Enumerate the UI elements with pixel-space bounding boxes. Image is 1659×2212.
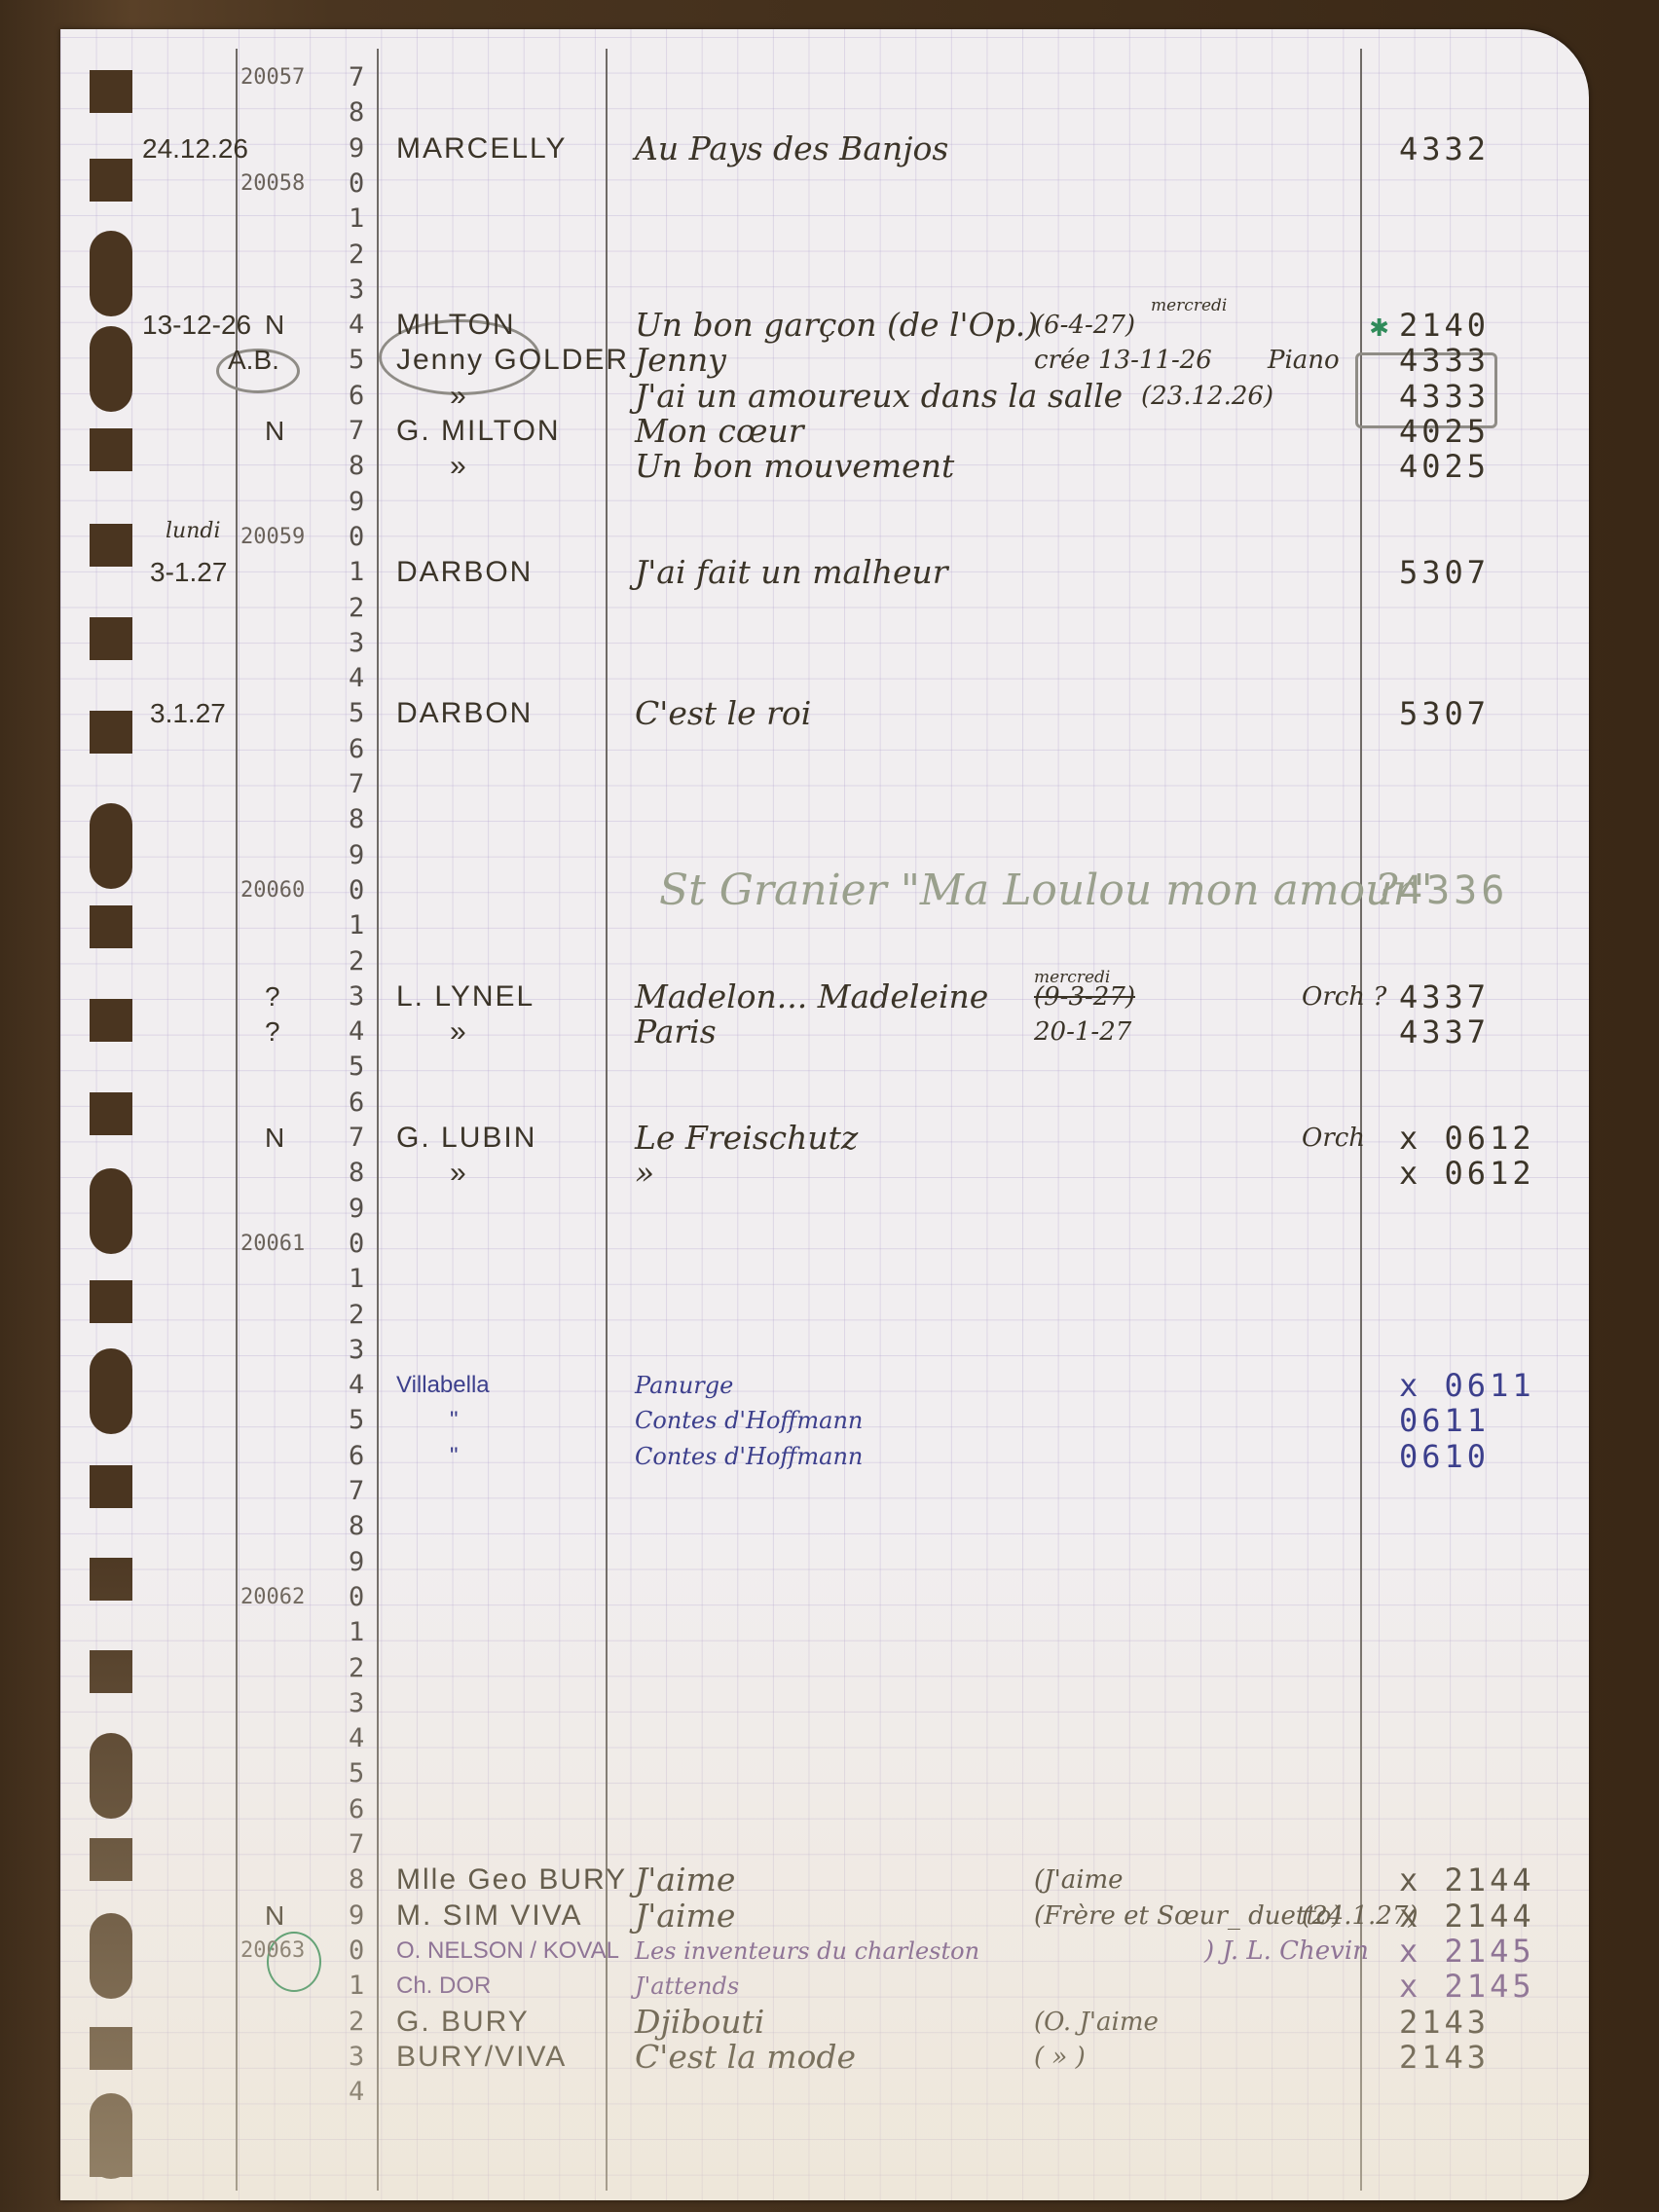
- ledger-row: 924.12.26MARCELLYAu Pays des Banjos4332: [60, 131, 1589, 166]
- catalog-number: 0611: [1399, 1403, 1490, 1438]
- ledger-row: 6: [60, 1792, 1589, 1827]
- row-digit: 5: [349, 1403, 365, 1438]
- row-digit: 8: [349, 802, 365, 837]
- artist-name: G. MILTON: [396, 414, 561, 449]
- ledger-row: 3: [60, 1333, 1589, 1368]
- ledger-row: 413-12-26NMILTONUn bon garçon (de l'Op.)…: [60, 308, 1589, 343]
- ledger-row: 5"Contes d'Hoffmann0611: [60, 1403, 1589, 1438]
- catalog-number: x 2145: [1399, 1934, 1535, 1969]
- song-title: J'aime: [635, 1899, 735, 1934]
- artist-name: »: [450, 379, 468, 414]
- entry-mark: ?: [265, 1014, 280, 1050]
- ledger-row: 4: [60, 661, 1589, 696]
- ledger-row: 6: [60, 1086, 1589, 1121]
- ledger-row: 3: [60, 1686, 1589, 1721]
- ledger-row: 3BURY/VIVAC'est la mode( » )2143: [60, 2040, 1589, 2075]
- artist-name: Villabella: [396, 1368, 490, 1403]
- ledger-row: 1: [60, 1615, 1589, 1650]
- row-digit: 3: [349, 2040, 365, 2075]
- row-digit: 2: [349, 944, 365, 979]
- ledger-row: 5A.B.Jenny GOLDERJennycrée 13-11-26Piano…: [60, 343, 1589, 378]
- side-note: crée 13-11-26: [1034, 343, 1212, 378]
- song-title: Contes d'Hoffmann: [635, 1439, 863, 1474]
- song-title: Contes d'Hoffmann: [635, 1403, 863, 1438]
- row-digit: 2: [349, 591, 365, 626]
- catalog-number: x 0612: [1399, 1121, 1535, 1156]
- entry-date: 13-12-26: [142, 308, 251, 343]
- artist-name: »: [450, 1014, 468, 1050]
- ledger-row: 8: [60, 1509, 1589, 1544]
- entry-date: 3-1.27: [150, 555, 227, 590]
- row-digit: 4: [349, 661, 365, 696]
- row-digit: 8: [349, 1862, 365, 1898]
- song-title: Panurge: [635, 1368, 733, 1403]
- ledger-row: 5: [60, 1756, 1589, 1791]
- row-digit: 7: [349, 767, 365, 802]
- row-digit: 9: [349, 1545, 365, 1580]
- row-digit: 0: [349, 166, 365, 202]
- ledger-row: 8: [60, 95, 1589, 130]
- row-digit: 0: [349, 520, 365, 555]
- catalog-number: 2143: [1399, 2005, 1490, 2040]
- entry-mark: ?: [265, 979, 280, 1014]
- ledger-row: 6»J'ai un amoureux dans la salle(23.12.2…: [60, 379, 1589, 414]
- ledger-row: 200580: [60, 166, 1589, 202]
- row-digit: 6: [349, 379, 365, 414]
- ledger-row: 200590lundi: [60, 520, 1589, 555]
- row-digit: 8: [349, 95, 365, 130]
- ledger-row: 2: [60, 238, 1589, 273]
- row-digit: 1: [349, 908, 365, 943]
- row-digit: 3: [349, 1333, 365, 1368]
- ledger-row: 8: [60, 802, 1589, 837]
- artist-name: MARCELLY: [396, 131, 568, 166]
- row-digit: 5: [349, 343, 365, 378]
- ledger-row: 53.1.27DARBONC'est le roi5307: [60, 696, 1589, 731]
- ledger-row: 1: [60, 1262, 1589, 1297]
- row-digit: 4: [349, 1368, 365, 1403]
- registry-number: 20060: [240, 873, 305, 908]
- row-digit: 3: [349, 273, 365, 308]
- weekday-annotation: mercredi: [1151, 288, 1227, 323]
- ledger-row: 9: [60, 485, 1589, 520]
- entry-date: 24.12.26: [142, 131, 248, 166]
- song-title: J'attends: [635, 1969, 739, 2004]
- ledger-row: 7: [60, 1827, 1589, 1862]
- artist-name: »: [450, 1156, 468, 1191]
- row-digit: 3: [349, 626, 365, 661]
- side-note: (6-4-27): [1034, 308, 1135, 343]
- right-note: Orch: [1302, 1121, 1365, 1156]
- catalog-number: x 2145: [1399, 1969, 1535, 2004]
- artist-name: MILTON: [396, 308, 516, 343]
- artist-name: Mlle Geo BURY: [396, 1862, 627, 1898]
- catalog-number: x 0612: [1399, 1156, 1535, 1191]
- row-digit: 0: [349, 1227, 365, 1262]
- row-digit: 2: [349, 2005, 365, 2040]
- song-title: J'aime: [635, 1862, 735, 1898]
- catalog-number: 2140: [1399, 308, 1490, 343]
- song-title: Un bon garçon (de l'Op.): [635, 308, 1038, 343]
- ledger-row: 8»»x 0612: [60, 1156, 1589, 1191]
- row-digit: 6: [349, 732, 365, 767]
- right-note: Orch ?: [1302, 979, 1386, 1014]
- catalog-number: 4333: [1399, 379, 1490, 414]
- ledger-row: 4?»Paris20-1-274337: [60, 1014, 1589, 1050]
- ledger-row: 9NM. SIM VIVAJ'aime(Frère et Sœur_ duett…: [60, 1899, 1589, 1934]
- ledger-row: 5: [60, 1050, 1589, 1085]
- artist-name: Ch. DOR: [396, 1969, 491, 2004]
- ledger-row: 6: [60, 732, 1589, 767]
- ledger-row: 4: [60, 1721, 1589, 1756]
- registry-number: 20061: [240, 1227, 305, 1262]
- weekday-note: lundi: [166, 514, 221, 549]
- ledger-row: 1: [60, 908, 1589, 943]
- row-digit: 4: [349, 1014, 365, 1050]
- ledger-row: 9: [60, 1192, 1589, 1227]
- ledger-row: 200610: [60, 1227, 1589, 1262]
- row-digit: 9: [349, 1192, 365, 1227]
- row-digit: 5: [349, 1050, 365, 1085]
- ledger-row: 200600St Granier "Ma Loulou mon amour"?4…: [60, 873, 1589, 908]
- row-digit: 3: [349, 1686, 365, 1721]
- ledger-row: 7NG. MILTONMon cœur4025: [60, 414, 1589, 449]
- row-digit: 7: [349, 1121, 365, 1156]
- song-title: C'est la mode: [635, 2040, 856, 2075]
- ledger-row: 1: [60, 202, 1589, 237]
- row-digit: 7: [349, 1474, 365, 1509]
- row-digit: 5: [349, 696, 365, 731]
- entry-mark: N: [265, 414, 284, 449]
- row-digit: 9: [349, 1899, 365, 1934]
- ledger-row: 3: [60, 273, 1589, 308]
- green-check-mark: ✱: [1370, 308, 1392, 343]
- registry-number: 20057: [240, 60, 305, 95]
- catalog-number: 4337: [1399, 979, 1490, 1014]
- song-title: Jenny: [635, 343, 726, 378]
- side-note: (9-3-27): [1034, 979, 1135, 1014]
- song-title: Paris: [635, 1014, 717, 1050]
- ledger-row: 2: [60, 1298, 1589, 1333]
- song-title: St Granier "Ma Loulou mon amour": [659, 873, 1433, 908]
- row-digit: 1: [349, 1615, 365, 1650]
- side-note: 20-1-27: [1034, 1014, 1131, 1050]
- artist-name: DARBON: [396, 555, 533, 590]
- row-digit: 6: [349, 1439, 365, 1474]
- row-digit: 5: [349, 1756, 365, 1791]
- ledger-row: 1Ch. DORJ'attendsx 2145: [60, 1969, 1589, 2004]
- row-digit: 6: [349, 1792, 365, 1827]
- ledger-row: 2: [60, 1651, 1589, 1686]
- song-title: J'ai fait un malheur: [635, 555, 948, 590]
- row-digit: 0: [349, 1934, 365, 1969]
- song-title: Un bon mouvement: [635, 449, 954, 484]
- row-digit: 7: [349, 60, 365, 95]
- artist-name: L. LYNEL: [396, 979, 535, 1014]
- catalog-number: 5307: [1399, 555, 1490, 590]
- registry-number: 20063: [240, 1934, 305, 1969]
- song-title: Le Freischutz: [635, 1121, 858, 1156]
- ledger-row: 2G. BURYDjibouti(O. J'aime2143: [60, 2005, 1589, 2040]
- row-digit: 8: [349, 1509, 365, 1544]
- catalog-number: 0610: [1399, 1439, 1490, 1474]
- row-digit: 2: [349, 238, 365, 273]
- artist-name: ": [450, 1439, 459, 1474]
- row-digit: 1: [349, 1262, 365, 1297]
- ledger-row: 8»Un bon mouvement4025: [60, 449, 1589, 484]
- binder-hole: [90, 2134, 132, 2177]
- artist-name: Jenny GOLDER: [396, 343, 629, 378]
- ledger-row: 200577: [60, 60, 1589, 95]
- row-digit: 8: [349, 449, 365, 484]
- registry-number: 20062: [240, 1580, 305, 1615]
- row-digit: 2: [349, 1651, 365, 1686]
- catalog-number: 4333: [1399, 343, 1490, 378]
- catalog-number: 4332: [1399, 131, 1490, 166]
- ledger-row: 9: [60, 1545, 1589, 1580]
- ledger-row: 4: [60, 2075, 1589, 2110]
- ledger-row: 2: [60, 591, 1589, 626]
- registry-number: 20058: [240, 166, 305, 202]
- ledger-page: 2005778924.12.26MARCELLYAu Pays des Banj…: [60, 29, 1589, 2200]
- side-note: ?: [1375, 873, 1398, 908]
- song-title: J'ai un amoureux dans la salle: [635, 379, 1123, 414]
- artist-name: G. LUBIN: [396, 1121, 536, 1156]
- row-digit: 7: [349, 1827, 365, 1862]
- row-digit: 8: [349, 1156, 365, 1191]
- artist-name: DARBON: [396, 696, 533, 731]
- ledger-row: 200630O. NELSON / KOVALLes inventeurs du…: [60, 1934, 1589, 1969]
- artist-name: BURY/VIVA: [396, 2040, 567, 2075]
- ledger-row: 8Mlle Geo BURYJ'aime(J'aimex 2144: [60, 1862, 1589, 1898]
- artist-name: O. NELSON / KOVAL: [396, 1934, 619, 1969]
- ledger-row: 3: [60, 626, 1589, 661]
- ledger-row: 200620: [60, 1580, 1589, 1615]
- catalog-number: x 2144: [1399, 1862, 1535, 1898]
- catalog-number: 4025: [1399, 414, 1490, 449]
- right-note: ) J. L. Chevin: [1204, 1934, 1369, 1969]
- song-title: Au Pays des Banjos: [635, 131, 948, 166]
- ledger-row: 3?L. LYNELMadelon... Madeleinemercredi(9…: [60, 979, 1589, 1014]
- side-note: (O. J'aime: [1034, 2005, 1159, 2040]
- artist-name: M. SIM VIVA: [396, 1899, 582, 1934]
- entry-date: 3.1.27: [150, 696, 226, 731]
- catalog-number: 4025: [1399, 449, 1490, 484]
- side-note: ( » ): [1034, 2040, 1086, 2075]
- row-digit: 1: [349, 555, 365, 590]
- row-digit: 4: [349, 1721, 365, 1756]
- song-title: Djibouti: [635, 2005, 764, 2040]
- artist-name: »: [450, 449, 468, 484]
- catalog-number: 4336: [1399, 873, 1508, 908]
- entry-mark: N: [265, 308, 284, 343]
- row-digit: 9: [349, 131, 365, 166]
- ledger-row: 7: [60, 767, 1589, 802]
- catalog-number: 2143: [1399, 2040, 1490, 2075]
- row-digit: 3: [349, 979, 365, 1014]
- catalog-number: 4337: [1399, 1014, 1490, 1050]
- row-digit: 1: [349, 202, 365, 237]
- row-digit: 0: [349, 873, 365, 908]
- ledger-row: 13-1.27DARBONJ'ai fait un malheur5307: [60, 555, 1589, 590]
- row-digit: 9: [349, 485, 365, 520]
- catalog-number: 5307: [1399, 696, 1490, 731]
- row-digit: 4: [349, 308, 365, 343]
- row-digit: 7: [349, 414, 365, 449]
- entry-mark: A.B.: [228, 343, 279, 378]
- side-note: (23.12.26): [1141, 379, 1273, 414]
- song-title: »: [635, 1156, 654, 1191]
- row-digit: 6: [349, 1086, 365, 1121]
- artist-name: G. BURY: [396, 2005, 530, 2040]
- song-title: Mon cœur: [635, 414, 804, 449]
- catalog-number: x 0611: [1399, 1368, 1535, 1403]
- row-digit: 9: [349, 838, 365, 873]
- song-title: C'est le roi: [635, 696, 811, 731]
- side-note: (J'aime: [1034, 1862, 1124, 1898]
- row-digit: 4: [349, 2075, 365, 2110]
- ledger-row: 6"Contes d'Hoffmann0610: [60, 1439, 1589, 1474]
- row-digit: 0: [349, 1580, 365, 1615]
- ledger-row: 7NG. LUBINLe FreischutzOrchx 0612: [60, 1121, 1589, 1156]
- ledger-row: 4VillabellaPanurgex 0611: [60, 1368, 1589, 1403]
- row-digit: 2: [349, 1298, 365, 1333]
- row-digit: 1: [349, 1969, 365, 2004]
- ledger-row: 2: [60, 944, 1589, 979]
- song-title: Madelon... Madeleine: [635, 979, 988, 1014]
- right-note: Piano: [1268, 343, 1340, 378]
- catalog-number: x 2144: [1399, 1899, 1535, 1934]
- artist-name: ": [450, 1403, 459, 1438]
- entry-mark: N: [265, 1899, 284, 1934]
- entry-mark: N: [265, 1121, 284, 1156]
- ledger-row: 7: [60, 1474, 1589, 1509]
- registry-number: 20059: [240, 520, 305, 555]
- song-title: Les inventeurs du charleston: [635, 1934, 979, 1969]
- side-note: (Frère et Sœur_ duetto): [1034, 1899, 1342, 1934]
